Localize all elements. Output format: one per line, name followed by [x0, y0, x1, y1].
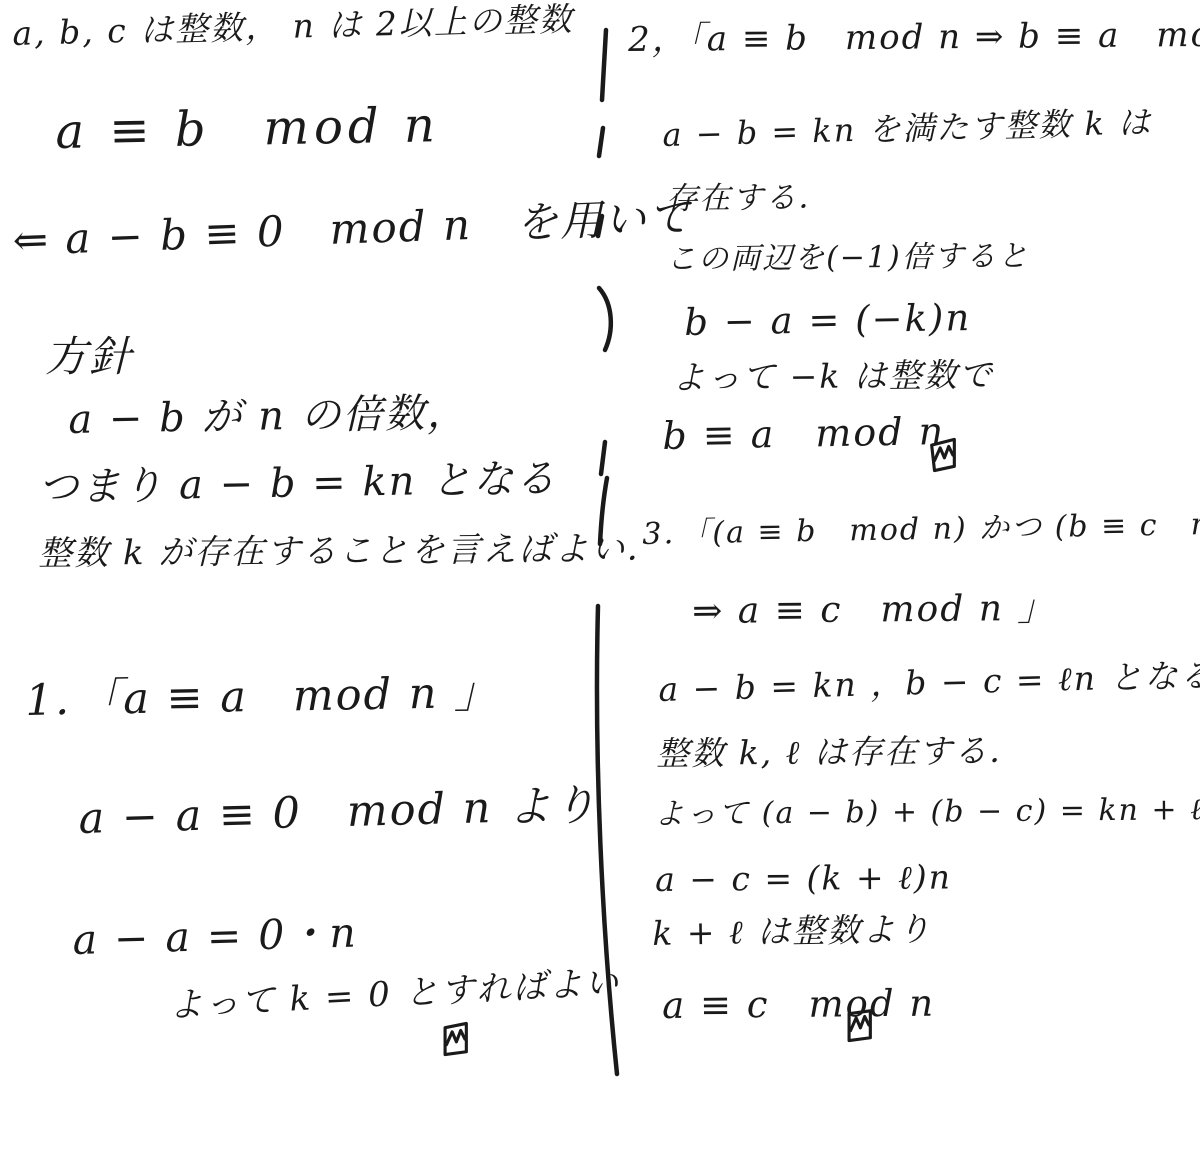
- proof3-conclusion: a ≡ c mod n: [662, 984, 935, 1027]
- divider-stroke: [602, 30, 606, 100]
- proof2-conclusion: b ≡ a mod n: [662, 411, 945, 458]
- proof3-step-exists: 整数 k, ℓ は存在する．: [656, 733, 1024, 773]
- proof2-step-negk-integer: よって −k は整数で: [672, 357, 994, 396]
- divider-stroke: [597, 606, 617, 1074]
- divider-stroke: [599, 288, 611, 350]
- qed-mark-icon: [842, 1004, 876, 1046]
- proof3-step-kl-integer: k + ℓ は整数より: [652, 911, 932, 952]
- qed-mark-icon: [438, 1018, 472, 1060]
- policy-line-kn: つまり a − b = kn となる: [38, 457, 557, 510]
- proof2-step-exists: 存在する．: [666, 181, 831, 217]
- proof2-step-negk-n: b − a = (−k)n: [684, 298, 972, 344]
- proof3-heading-implies: ⇒ a ≡ c mod n 」: [692, 589, 1056, 632]
- policy-line-multiple: a − b が n の倍数，: [68, 391, 469, 442]
- policy-line-exists: 整数 k が存在することを言えばよい．: [38, 531, 663, 574]
- qed-mark-icon: [926, 434, 960, 476]
- policy-heading: 方針: [45, 334, 133, 380]
- proof3-step-sum: よって (a − b) + (b − c) = kn + ℓn より: [654, 792, 1200, 831]
- handwritten-note-page: a, b, c は整数， n は 2以上の整数 a ≡ b mod n ⇐ a …: [0, 0, 1200, 1157]
- proof2-heading: 2，「a ≡ b mod n ⇒ b ≡ a mod n 」: [628, 16, 1200, 59]
- proof1-heading: 1．「a ≡ a mod n 」: [25, 670, 499, 726]
- divider-stroke: [601, 442, 605, 474]
- proof3-step-kl-n: a − c = (k + ℓ)n: [655, 859, 952, 898]
- divider-stroke: [599, 128, 603, 156]
- congruence-definition: a ≡ b mod n: [55, 99, 440, 158]
- proof1-step-zero-n: a − a = 0・n: [72, 911, 358, 964]
- proof2-step-multiply: この両辺を(−1)倍すると: [666, 240, 1030, 276]
